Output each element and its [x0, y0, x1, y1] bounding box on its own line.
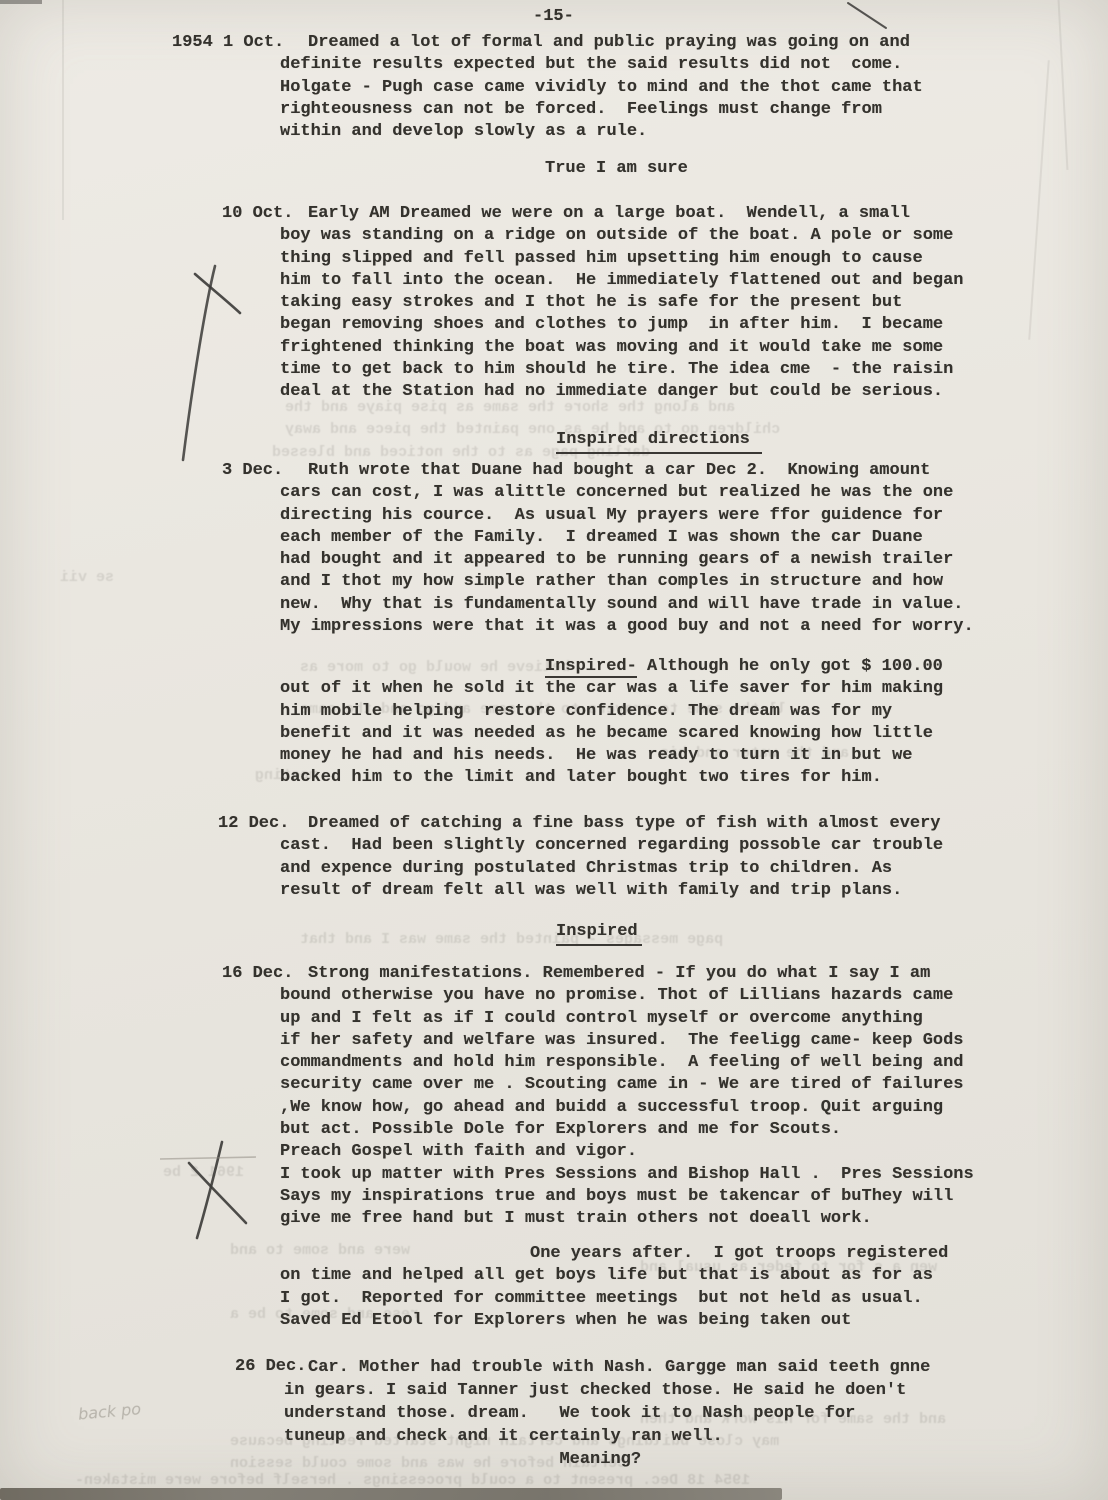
entry-date-12-dec: 12 Dec. [218, 813, 289, 835]
handwritten-x-mark-stroke [183, 266, 215, 460]
handwritten-x-mark-stroke [195, 274, 240, 313]
handwritten-x-mark-stroke [197, 1142, 222, 1238]
entry-body-10-oct: Early AM Dreamed we were on a large boat… [280, 203, 1040, 404]
pen-stroke-top [848, 3, 886, 28]
bleedthrough-text: 1961 2 be [163, 1163, 244, 1183]
entry-date-1954-1-oct: 1954 1 Oct. [172, 32, 284, 54]
entry-body-1954-1-oct: Dreamed a lot of formal and public prayi… [280, 32, 1040, 143]
page-crease [1058, 0, 1069, 170]
bleedthrough-text: se vii [60, 568, 114, 588]
years-after-paragraph: One years after. I got troops registered… [280, 1243, 1040, 1332]
inspired-note-lead: Inspired- [545, 657, 637, 678]
entry-body-12-dec: Dreamed of catching a fine bass type of … [280, 813, 1040, 902]
pencil-line [160, 1157, 256, 1159]
pencil-note: back po [77, 1399, 141, 1423]
entry-date-3-dec: 3 Dec. [222, 460, 283, 482]
bleedthrough-text: page messages - painted the same was I a… [300, 930, 723, 950]
scanner-edge-band [0, 1488, 782, 1500]
heading-inspired-directions: Inspired directions [556, 429, 762, 454]
heading-true-i-am-sure: True I am sure [545, 158, 688, 180]
page-crease [62, 0, 64, 220]
heading-inspired-label: Inspired [556, 921, 642, 946]
inspired-note-paragraph: Inspired- Although he only got $ 100.00 … [280, 656, 1040, 790]
heading-inspired-directions-label: Inspired directions [556, 429, 762, 454]
entry-body-16-dec: Strong manifestations. Remembered - If y… [280, 963, 1040, 1231]
entry-body-26-dec: Car. Mother had trouble with Nash. Gargg… [284, 1356, 1044, 1471]
scanned-document-page: and along the shore the same as pise pia… [0, 0, 1108, 1500]
page-number: -15- [533, 6, 574, 28]
entry-body-3-dec: Ruth wrote that Duane had bought a car D… [280, 460, 1040, 638]
scan-edge-mark [0, 0, 42, 4]
heading-inspired: Inspired [556, 921, 642, 946]
